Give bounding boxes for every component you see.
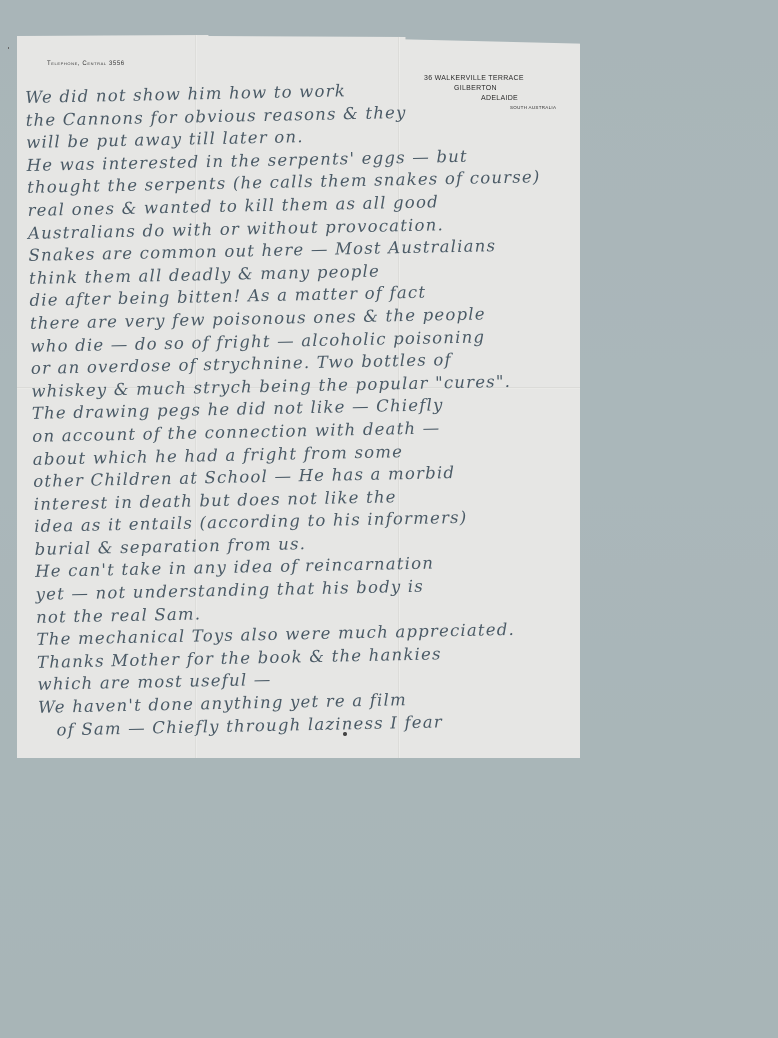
ink-dot (343, 732, 347, 736)
handwritten-body: We did not show him how to work the Cann… (23, 75, 587, 742)
letter-sheet: Telephone, Central 3556 36 WALKERVILLE T… (17, 35, 580, 758)
letterhead-telephone: Telephone, Central 3556 (47, 61, 125, 67)
background-speck (8, 47, 9, 49)
